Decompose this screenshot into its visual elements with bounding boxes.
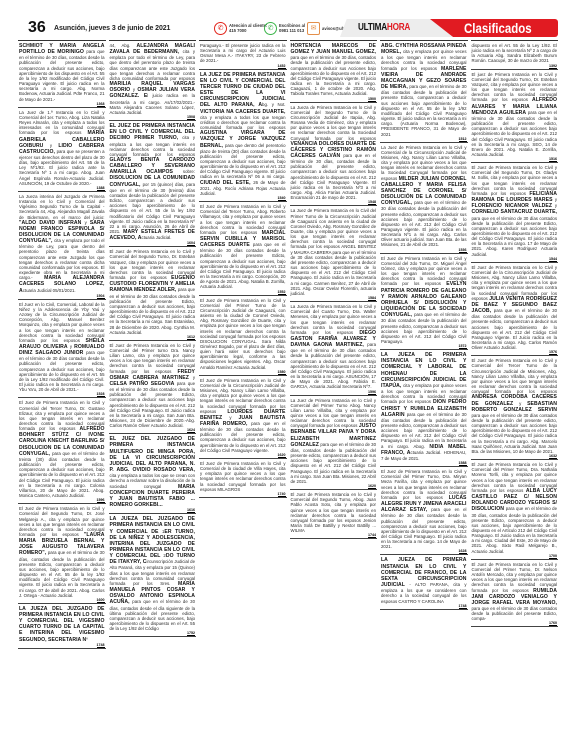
notice-code: 1620 [291, 484, 377, 488]
notice-code: 1540 [200, 196, 286, 200]
legal-notice: El Juez de Primera Instancia en lo Civil… [199, 204, 287, 296]
notice-body: El juez de Primera Instancia en lo Civil… [472, 72, 558, 157]
legal-notice: El juez de Primera Instancia en lo Civil… [471, 72, 559, 164]
newspaper-page: 36 Asunción, jueves 3 de junio de 2021 ✆… [18, 18, 558, 734]
notice-body: LA JUEZA DEL JUZGADO DE PRIMERA INSTANCI… [110, 516, 196, 631]
legal-notice: El Juez de Primera Instancia en lo Civil… [471, 358, 559, 460]
legal-notice: El Juez de Primera Instancia en lo Civil… [199, 461, 287, 498]
notice-body: EL JUEZ DEL JUZGADO DE PRIMERA INSTANCIA… [110, 436, 196, 507]
legal-notice: El Juez en lo Civil, Comercial, Laboral … [18, 302, 106, 399]
notice-code: 1508 [110, 115, 196, 119]
notice-code: 1548 [291, 200, 377, 204]
notice-body: El Juez de Primera Instancia en lo Civil… [472, 562, 558, 622]
legal-notice: LA JUEZ DE PRIMERA INSTANCIA EN LO CIVIL… [199, 72, 287, 202]
legal-notice: La Juez de 1.ª Instancia en lo Civil y C… [18, 110, 106, 192]
notice-body: La Juez de Primera Instancia en lo Civil… [381, 145, 467, 248]
legal-notice: El Juez de Primera Instancia en lo Civil… [471, 165, 559, 263]
notice-code: 1624 [110, 428, 196, 432]
legal-notice: EL JUEZ DEL JUZGADO DE PRIMERA INSTANCIA… [109, 436, 197, 514]
page-date: Asunción, jueves 3 de junio de 2021 [54, 24, 170, 33]
notice-code: 1604 [110, 241, 196, 245]
notice-body: El Juez de Primera Instancia en lo Civil… [381, 469, 467, 549]
notice-code: 1740 [200, 492, 286, 496]
column-6: dispuesto en el Art. 55 de la Ley 1/92. … [471, 40, 559, 734]
notice-code: 1516 [472, 157, 558, 161]
mail-icon: ✉ [307, 22, 320, 35]
notice-code: 1596 [291, 390, 377, 394]
notice-body: La Juez de Primera Instancia en lo Civil… [291, 208, 377, 296]
legal-notice: El Juez de Primera Instancia en lo Civil… [471, 562, 559, 628]
notice-code: 1500 [291, 97, 377, 101]
legal-notice: LA JUEZA DE PRIMERA INSTANCIA EN LO CIVI… [380, 557, 468, 609]
notice-body: El Juez de Primera Instancia en lo Civil… [291, 492, 377, 533]
notice-code: 1512 [381, 137, 467, 141]
notice-code: 1612 [110, 335, 196, 339]
notice-code: 1392 [472, 64, 558, 68]
notice-body: El Juez de Primera Instancia en lo Civil… [472, 165, 558, 257]
legal-notice: El Juez de Primera Instancia en lo Civil… [18, 506, 106, 604]
legal-notice: El Juez de Primera Instancia en lo Civil… [109, 249, 197, 341]
legal-notice: LA JUEZA DEL JUZGADO DE PRIMERA INSTANCI… [18, 606, 106, 649]
contact-whatsapp: ✆ Escribinos al0981 111 013 [264, 20, 305, 36]
ultimahora-logo: ULTIMAHORA [358, 22, 410, 34]
column-5: ABG. CYNTHIA ROSSANA PINEDA MOREL, cita … [380, 40, 468, 734]
notice-body: La Juez de 1.ª Instancia en lo Civil y C… [19, 110, 105, 186]
whatsapp-icon: ✆ [264, 22, 277, 35]
notice-body: El Juez de Primera Instancia en lo Civil… [200, 378, 286, 453]
notice-code: 1580 [200, 370, 286, 374]
notice-body: La Jueza de Primera Instancia en lo Civi… [291, 105, 377, 201]
legal-notice: LA JUEZA DE PRIMERA INSTANCIA EN LO CIVI… [380, 352, 468, 467]
notice-code: 1600 [19, 598, 105, 602]
notice-code: 1628 [381, 549, 467, 553]
notice-code: 1388 [19, 186, 105, 190]
notice-body: El Juez de Primera Instancia en lo Civil… [110, 249, 196, 334]
legal-notice: LA JUEZA DEL JUZGADO DE PRIMERA INSTANCI… [109, 516, 197, 637]
legal-notice: La Juez de Primera Instancia en lo Civil… [380, 145, 468, 254]
notice-code: 1748 [381, 604, 467, 608]
legal-notice: La Jueza interina del Juzgado de Primera… [18, 194, 106, 300]
legal-notice: La Jueza de Primera Instancia en lo Civi… [290, 105, 378, 207]
phone-icon: ✆ [214, 22, 227, 35]
legal-notice: La Jueza de Primera Instancia en lo Civi… [290, 304, 378, 396]
legal-notice: El Juez de Primera Instancia en lo Civil… [109, 343, 197, 435]
section-title: Clasificados [464, 20, 532, 36]
column-3: Paraguayo.- El presente juicio radica en… [199, 40, 287, 734]
notice-body: El Juez de Primera Instancia en lo Civil… [472, 358, 558, 454]
legal-notice: El Juez de Primera Instancia en lo Civil… [199, 378, 287, 459]
classifieds-columns: SCHMIOT Y MARIA ANGELA PORTILLO DE MORIN… [18, 40, 558, 734]
column-2: 44, Abg. ALEJANDRA MAGALI ZAVALA DE BEDE… [109, 40, 197, 734]
notice-body: LA JUEZA DE PRIMERA INSTANCIA EN LO CIVI… [381, 352, 467, 461]
notice-code: 1588 [381, 461, 467, 465]
whatsapp-number: 0981 111 013 [279, 28, 304, 33]
legal-notice: SCHMIOT Y MARIA ANGELA PORTILLO DE MORIN… [18, 43, 106, 108]
brand-bar: ULTIMAHORA Clasificados [340, 19, 558, 37]
notice-code: 1544 [472, 257, 558, 261]
column-4: HORTENCIA MARECOS DE GOMEZ Y JUAN MANUEL… [290, 40, 378, 734]
legal-notice: La Juez de Primera Instancia en lo Civil… [290, 398, 378, 491]
legal-notice: El Juez de Primera Instancia en lo Civil… [471, 462, 559, 560]
notice-code: 1552 [200, 290, 286, 294]
notice-code: 1616 [110, 508, 196, 512]
notice-body: El Juez de Primera Instancia en lo Civil… [472, 462, 558, 554]
phone-number: 415 7000 [229, 28, 246, 33]
notice-code: 1504 [19, 294, 105, 298]
page-number: 36 [28, 19, 46, 37]
notice-code: 1584 [291, 296, 377, 300]
notice-code: 1632 [472, 454, 558, 458]
notice-code: 1528 [19, 392, 105, 396]
notice-body: para que en el término de 30 días, conta… [291, 55, 377, 96]
page-header: 36 Asunción, jueves 3 de junio de 2021 ✆… [18, 18, 558, 38]
legal-notice: HORTENCIA MARECOS DE GOMEZ Y JUAN MANUEL… [290, 43, 378, 103]
notice-code: 1748 [19, 643, 105, 647]
legal-notice: El Juez de Primera Instancia en lo Civil… [380, 256, 468, 351]
legal-notice: La Juez de Primera Instancia en lo Civil… [290, 208, 378, 302]
notice-body: dispuesto en el Art. 55 de la Ley 1/92. … [472, 43, 558, 63]
notice-code: 1700 [472, 554, 558, 558]
legal-notice: El Juez de Primera Instancia en lo Civil… [380, 469, 468, 555]
column-1: SCHMIOT Y MARIA ANGELA PORTILLO DE MORIN… [18, 40, 106, 734]
notice-code: 1760 [472, 621, 558, 625]
notice-body: Paraguayo.- El presente juicio radica en… [200, 43, 286, 63]
notice-body: El Juez de Primera Instancia en lo Civil… [200, 461, 286, 492]
notice-body: EL JUEZ DE PRIMERA INSTANCIA EN LO CIVIL… [110, 123, 196, 240]
legal-notice: El Juez de Primera Instancia en lo Civil… [199, 298, 287, 376]
notice-body: El Juez de Primera Instancia en lo Civil… [19, 400, 105, 498]
notice-code: 1452 [200, 64, 286, 68]
notice-body: LA JUEZ DE PRIMERA INSTANCIA EN LO CIVIL… [200, 72, 286, 196]
notice-lead: HORTENCIA MARECOS DE GOMEZ Y JUAN MANUEL… [291, 43, 377, 55]
notice-body: El Juez de Primera Instancia en lo Civil… [472, 265, 558, 350]
contact-customer-service: ✆ Atención al cliente:415 7000 [214, 20, 267, 36]
notice-code: 1752 [110, 631, 196, 635]
legal-notice: Paraguayo.- El presente juicio radica en… [199, 43, 287, 70]
notice-body: La Jueza interina del Juzgado de Primera… [19, 194, 105, 293]
notice-body: El Juez de Primera Instancia en lo Civil… [200, 204, 286, 289]
legal-notice: 44, Abg. ALEJANDRA MAGALI ZAVALA DE BEDE… [109, 43, 197, 121]
legal-notice: El Juez de Primera Instancia en lo Civil… [18, 400, 106, 504]
notice-code: 1572 [381, 344, 467, 348]
notice-code: 1596 [19, 498, 105, 502]
notice-body: LA JUEZA DEL JUZGADO DE PRIMERA INSTANCI… [19, 606, 105, 642]
notice-code: 1744 [291, 533, 377, 537]
notice-body: para que en el término de 30 días, conta… [19, 49, 105, 101]
legal-notice: EL JUEZ DE PRIMERA INSTANCIA EN LO CIVIL… [109, 123, 197, 247]
notice-body: El Juez de Primera Instancia en lo Civil… [19, 506, 105, 598]
notice-body: La Juez de Primera Instancia en lo Civil… [291, 398, 377, 484]
notice-code: 1536 [381, 248, 467, 252]
legal-notice: ABG. CYNTHIA ROSSANA PINEDA MOREL, cita … [380, 43, 468, 143]
notice-code: 1576 [472, 350, 558, 354]
notice-body: El Juez de Primera Instancia en lo Civil… [110, 343, 196, 428]
notice-body: El Juez en lo Civil, Comercial, Laboral … [19, 302, 105, 393]
notice-code: 1620 [200, 453, 286, 457]
legal-notice: El Juez de Primera Instancia en lo Civil… [471, 265, 559, 357]
notice-code: 1368 [19, 102, 105, 106]
notice-body: ABG. CYNTHIA ROSSANA PINEDA MOREL, cita … [381, 43, 467, 137]
legal-notice: El Juez de Primera Instancia en lo Civil… [290, 492, 378, 539]
notice-body: LA JUEZA DE PRIMERA INSTANCIA EN LO CIVI… [381, 557, 467, 603]
legal-notice: dispuesto en el Art. 55 de la Ley 1/92. … [471, 43, 559, 70]
notice-body: La Jueza de Primera Instancia en lo Civi… [291, 304, 377, 389]
notice-body: El Juez de Primera Instancia en lo Civil… [200, 298, 286, 370]
notice-body: 44, Abg. ALEJANDRA MAGALI ZAVALA DE BEDE… [110, 43, 196, 115]
notice-body: El Juez de Primera Instancia en lo Civil… [381, 256, 467, 344]
